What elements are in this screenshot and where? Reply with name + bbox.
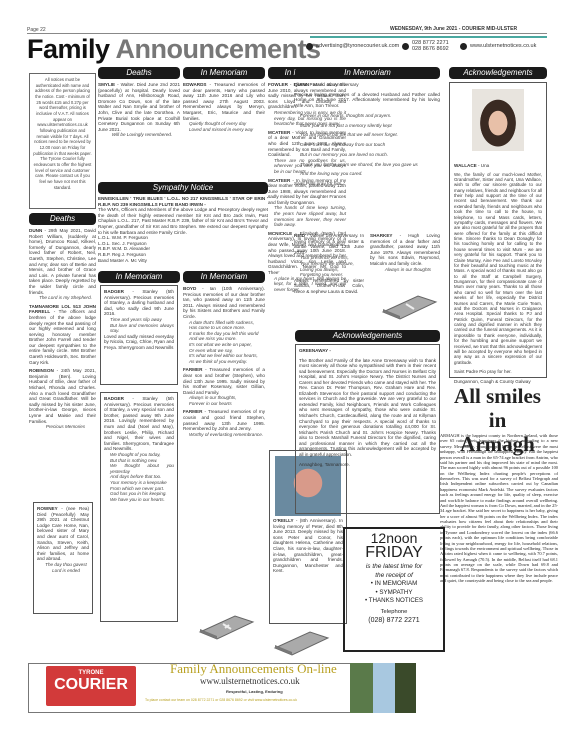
greenaway-notice: GREENAWAY - The Brother and Family of th… xyxy=(295,344,440,514)
reid-notice: REID - Valerie 1st Anniversary. In lovin… xyxy=(294,233,364,295)
rowney-notice: ROWNEY - (nee Rea) Died (Peacefully) May… xyxy=(33,502,93,614)
section-in-memoriam-2: In Memoriam xyxy=(183,67,265,79)
issue-date: WEDNESDAY, 9th June 2021 - COURIER MID-U… xyxy=(390,26,517,32)
section-in-memoriam-3: In Memoriam xyxy=(183,271,265,283)
web-icon xyxy=(460,43,467,50)
tyrone-courier-logo: TYRONE COURIER xyxy=(46,666,136,706)
footer-photo xyxy=(350,663,416,713)
phone-icon xyxy=(402,43,409,50)
section-in-memoriam-1: In Memoriam xyxy=(98,271,180,283)
sharkey-notice: SHARKEY - Hugh Loving memories of a dear… xyxy=(370,233,440,272)
footer-title: Family Announcements On-line xyxy=(170,661,337,677)
smylie-notice: SMYLIE - Walter. Died June 2nd 2021 (pea… xyxy=(98,82,180,138)
bible-icon xyxy=(195,612,255,640)
bible-icon-2 xyxy=(270,628,330,656)
col3-memoriam: BOYD - Ian (10th Anniversary). Precious … xyxy=(183,286,265,437)
badger1-notice: BADGER - Stanley (5th Anniversary). Prec… xyxy=(100,285,178,385)
footer-contact: To place contact our team on 028 8772 22… xyxy=(145,698,297,702)
footer-tagline: Respectful, Lasting, Enduring xyxy=(226,690,283,695)
bible-icon-3 xyxy=(378,292,438,320)
edwards-notice: EDWARDS - Treasured memories of our dear… xyxy=(183,82,265,132)
col1-deaths: DUNN - 29th May 2021, David Robert Willi… xyxy=(29,228,96,430)
article-body: ARMAGH is the happiest county in Norther… xyxy=(440,433,558,584)
deadline-ad: 12noon FRIDAY is the latest time for the… xyxy=(343,527,445,652)
teal-rule xyxy=(310,36,547,38)
sympathy-notice: ENNISKILLEN ' TRUE BLUES ' L.O.L. NO 217… xyxy=(98,196,268,263)
section-acknowledgements-1: Acknowledgements xyxy=(295,330,440,342)
section-in-memoriam-5: In Memoriam xyxy=(295,67,440,79)
footer-url[interactable]: www.ulsternetnotices.co.uk xyxy=(200,676,300,687)
section-sympathy: Sympathy Notice xyxy=(98,182,268,194)
section-deaths-2: Deaths xyxy=(98,67,180,79)
wallace-photo xyxy=(472,89,524,151)
page-title: FamilyAnnouncements xyxy=(27,33,321,66)
section-acknowledgements-2: Acknowledgements xyxy=(449,67,547,79)
wallace-notice: WALLACE - Una We, the family of our much… xyxy=(449,82,547,378)
email-contact[interactable]: advertising@tyronecourier.uk.com xyxy=(306,43,399,50)
section-deaths: Deaths xyxy=(29,213,96,225)
quinn-notice: QUINN - Mark. 4th Anniversary Precious l… xyxy=(294,82,440,187)
email-icon xyxy=(306,43,313,50)
notice-box: All notices must be authenticated with n… xyxy=(29,73,96,209)
badger2-notice: BADGER - Stanley (5th Anniversary). Prec… xyxy=(100,392,178,622)
phone-contact[interactable]: 028 8772 2271028 8676 8692 xyxy=(402,40,449,52)
website-contact[interactable]: www.ulsternetnotices.co.uk xyxy=(460,43,536,50)
